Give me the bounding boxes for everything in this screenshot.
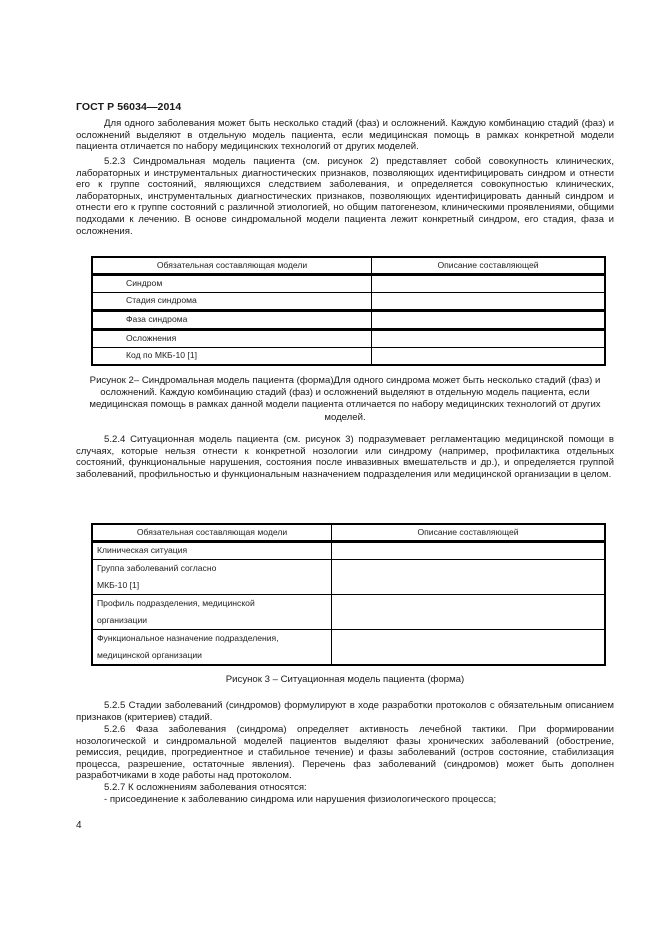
section-5-2-3-paragraph: 5.2.3 Синдромальная модель пациента (см.…	[76, 156, 614, 237]
column-header-description: Описание составляющей	[332, 524, 606, 542]
table-row: Группа заболеваний согласно МКБ-10 [1]	[92, 560, 605, 595]
component-text-line2: медицинской организации	[97, 647, 331, 664]
table-row: Синдром	[92, 275, 605, 293]
component-cell: Группа заболеваний согласно МКБ-10 [1]	[92, 560, 332, 595]
page-number: 4	[76, 820, 82, 831]
description-cell	[372, 348, 606, 366]
description-cell	[332, 542, 606, 560]
description-cell	[332, 560, 606, 595]
component-text: Клиническая ситуация	[97, 545, 187, 555]
figure-2-caption: Рисунок 2– Синдромальная модель пациента…	[76, 375, 614, 424]
component-text-line1: Профиль подразделения, медицинской	[97, 595, 331, 612]
table-row: Стадия синдрома	[92, 293, 605, 311]
component-cell: Функциональное назначение подразделения,…	[92, 630, 332, 666]
table-header-row: Обязательная составляющая модели Описани…	[92, 524, 605, 542]
component-text-line1: Функциональное назначение подразделения,	[97, 630, 331, 647]
figure-3-situational-model-table: Обязательная составляющая модели Описани…	[91, 523, 606, 666]
table-row: Осложнения	[92, 330, 605, 348]
component-cell: Осложнения	[92, 330, 372, 348]
component-cell: Профиль подразделения, медицинской орган…	[92, 595, 332, 630]
description-cell	[372, 311, 606, 330]
component-text-line2: организации	[97, 612, 331, 629]
table-row: Клиническая ситуация	[92, 542, 605, 560]
table-row: Профиль подразделения, медицинской орган…	[92, 595, 605, 630]
column-header-component: Обязательная составляющая модели	[92, 524, 332, 542]
table-header-row: Обязательная составляющая модели Описани…	[92, 257, 605, 275]
complication-list-item: - присоединение к заболеванию синдрома и…	[76, 794, 614, 806]
component-cell: Фаза синдрома	[92, 311, 372, 330]
description-cell	[332, 630, 606, 666]
table-row: Функциональное назначение подразделения,…	[92, 630, 605, 666]
column-header-description: Описание составляющей	[372, 257, 606, 275]
table-row: Фаза синдрома	[92, 311, 605, 330]
section-5-2-6-paragraph: 5.2.6 Фаза заболевания (синдрома) опреде…	[76, 724, 614, 782]
figure-3-caption: Рисунок 3 – Ситуационная модель пациента…	[76, 674, 614, 686]
component-text-line2: МКБ-10 [1]	[97, 577, 331, 594]
description-cell	[332, 595, 606, 630]
section-5-2-7-paragraph: 5.2.7 К осложнениям заболевания относятс…	[76, 782, 614, 794]
column-header-component: Обязательная составляющая модели	[92, 257, 372, 275]
description-cell	[372, 275, 606, 293]
description-cell	[372, 330, 606, 348]
document-standard-header: ГОСТ Р 56034—2014	[76, 101, 181, 113]
description-cell	[372, 293, 606, 311]
component-text-line1: Группа заболеваний согласно	[97, 560, 331, 577]
component-cell: Код по МКБ-10 [1]	[92, 348, 372, 366]
section-5-2-5-paragraph: 5.2.5 Стадии заболеваний (синдромов) фор…	[76, 700, 614, 723]
component-cell: Синдром	[92, 275, 372, 293]
section-5-2-4-paragraph: 5.2.4 Ситуационная модель пациента (см. …	[76, 434, 614, 480]
component-cell: Стадия синдрома	[92, 293, 372, 311]
figure-2-syndromal-model-table: Обязательная составляющая модели Описани…	[91, 256, 606, 366]
table-row: Код по МКБ-10 [1]	[92, 348, 605, 366]
component-cell: Клиническая ситуация	[92, 542, 332, 560]
intro-paragraph: Для одного заболевания может быть нескол…	[76, 118, 614, 153]
